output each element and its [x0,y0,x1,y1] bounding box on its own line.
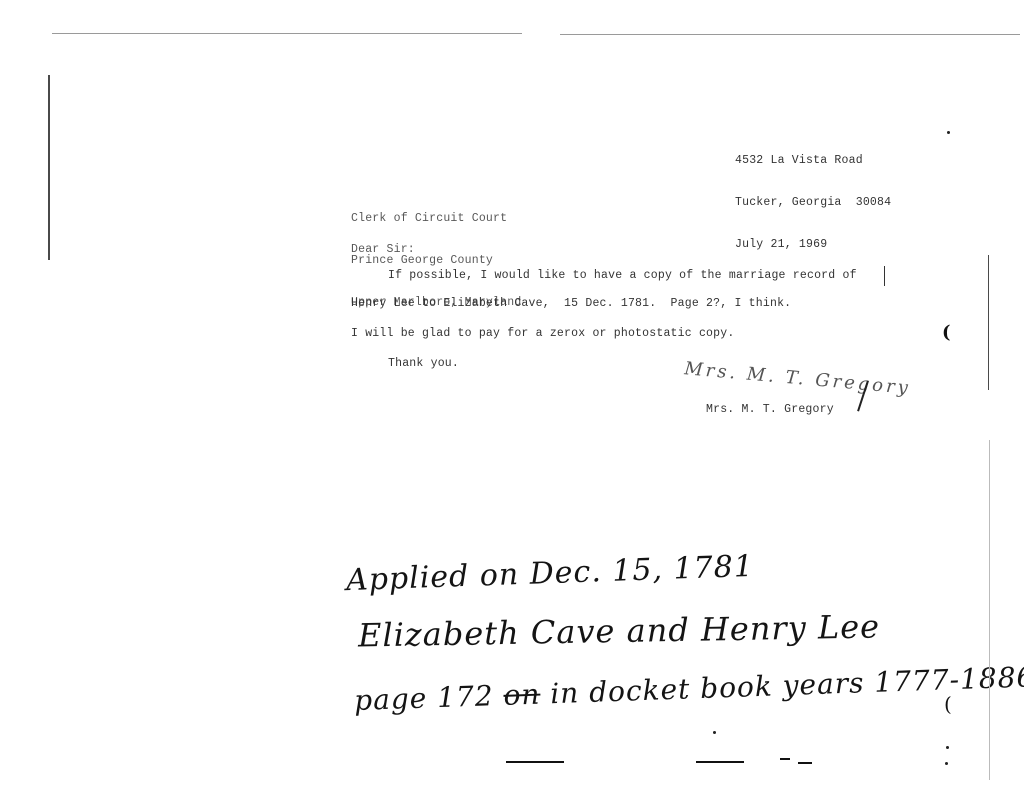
speck [946,746,949,749]
left-edge-line [48,75,50,260]
bottom-dash [798,762,812,764]
body-paragraph-1-cont: Henry Lee to Elizabeth Cave, 15 Dec. 178… [351,297,791,311]
speck [713,731,716,734]
handwritten-signature: Mrs. M. T. Gregory [684,358,912,399]
closing: Thank you. [388,357,459,371]
letter-date: July 21, 1969 [735,238,891,252]
bottom-dash [780,758,790,760]
top-edge-line [52,33,522,34]
note-page-number: page 172 [354,679,495,717]
margin-bar [884,266,885,286]
speck [947,131,950,134]
return-street: 4532 La Vista Road [735,154,891,168]
handwritten-note-line1: Applied on Dec. 15, 1781 [346,549,755,598]
top-edge-line [560,34,1020,35]
speck [945,762,948,765]
right-edge-paren: ( [942,322,951,343]
bottom-dash [696,761,744,763]
margin-paren: ( [944,692,952,716]
bottom-dash [506,761,564,763]
return-address: 4532 La Vista Road Tucker, Georgia 30084… [735,126,891,266]
right-edge-line [988,255,989,390]
right-edge-lower [989,440,990,780]
typed-signature: Mrs. M. T. Gregory [706,403,834,417]
return-city: Tucker, Georgia 30084 [735,196,891,210]
body-paragraph-2: I will be glad to pay for a zerox or pho… [351,327,734,341]
recipient-line1: Clerk of Circuit Court [351,212,521,226]
handwritten-note-line3: page 172 on in docket book years 1777-18… [354,660,1024,717]
handwritten-note-line2: Elizabeth Cave and Henry Lee [358,607,881,654]
body-paragraph-1: If possible, I would like to have a copy… [388,269,857,283]
salutation: Dear Sir: [351,243,415,257]
note-struck-word: on [503,678,541,712]
